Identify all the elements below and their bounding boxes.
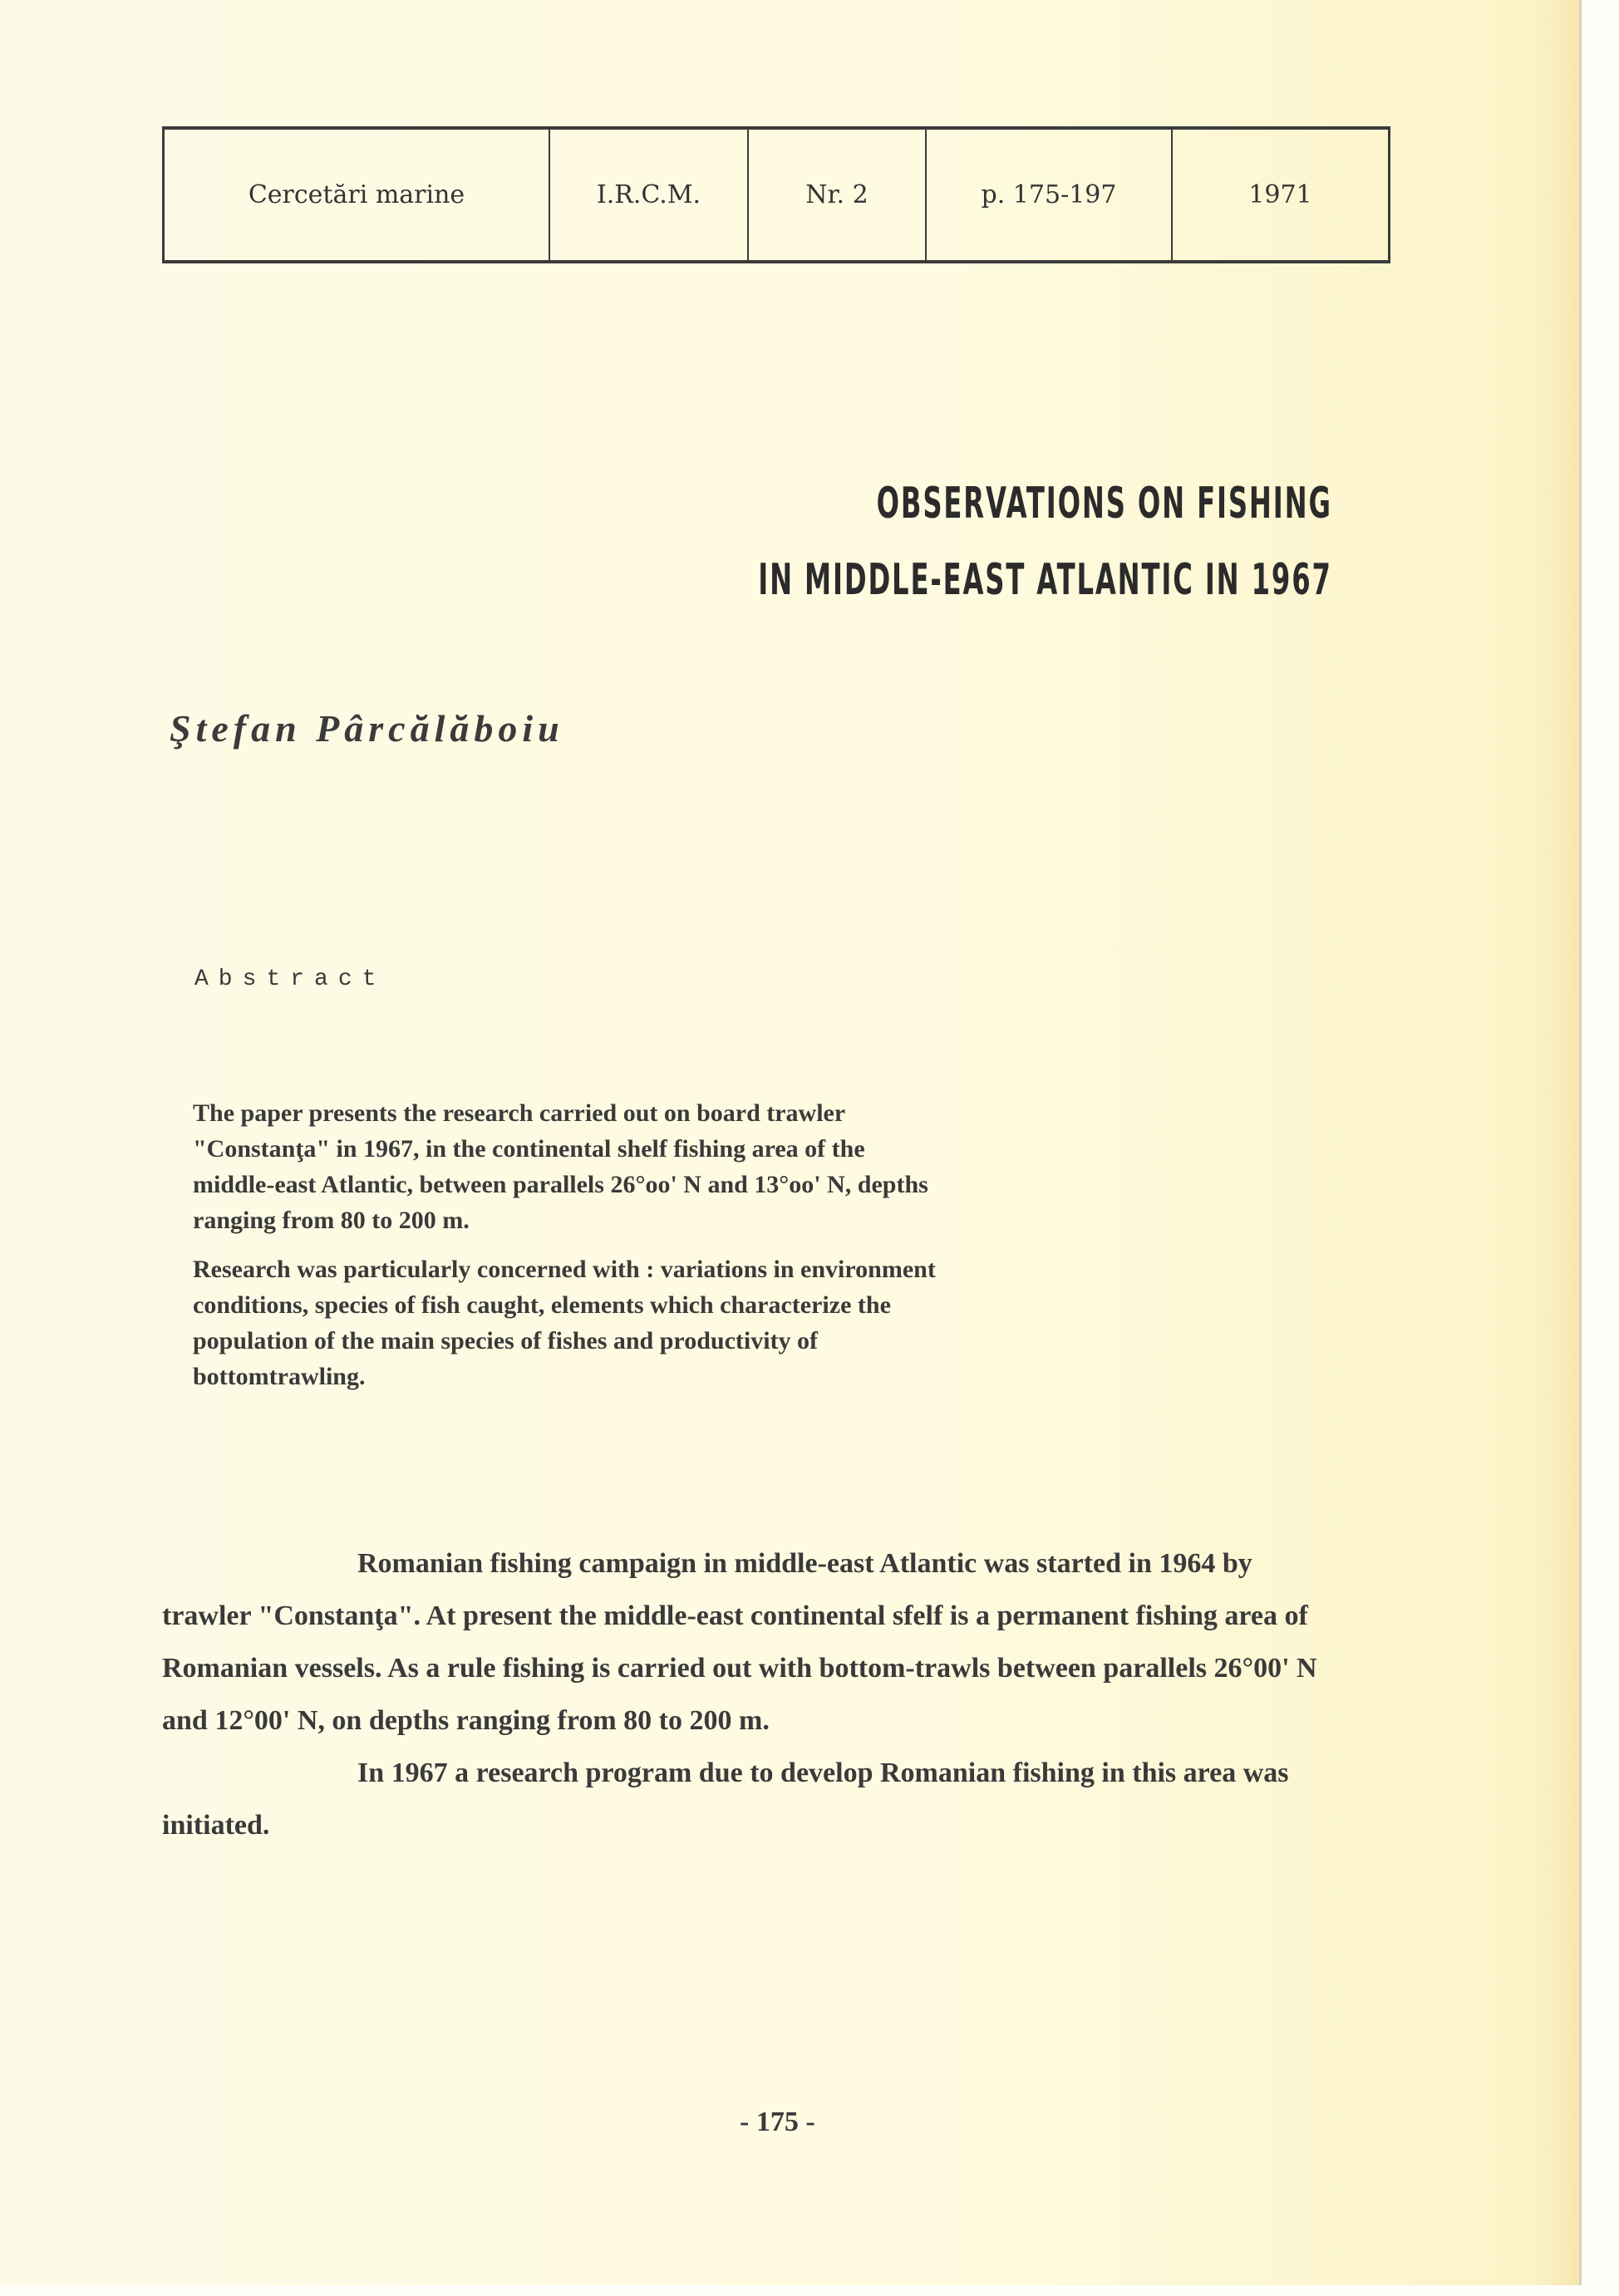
page-range: p. 175-197	[927, 130, 1173, 260]
page-number: - 175 -	[740, 2107, 815, 2138]
abstract-paragraph: The paper presents the research carried …	[193, 1095, 941, 1238]
author-name: Ştefan Pârcălăboiu	[170, 706, 564, 750]
title-line-1: OBSERVATIONS ON FISHING	[758, 465, 1332, 542]
body-text: Romanian fishing campaign in middle-east…	[162, 1537, 1342, 1851]
issue-number: Nr. 2	[749, 130, 927, 260]
abstract-text: The paper presents the research carried …	[193, 1095, 941, 1408]
body-paragraph: Romanian fishing campaign in middle-east…	[162, 1537, 1342, 1747]
journal-name: Cercetări marine	[165, 130, 550, 260]
abstract-heading: Abstract	[194, 966, 386, 992]
publication-year: 1971	[1173, 130, 1388, 260]
journal-header-table: Cercetări marine I.R.C.M. Nr. 2 p. 175-1…	[162, 126, 1390, 263]
abstract-paragraph: Research was particularly concerned with…	[193, 1251, 941, 1394]
title-line-2: IN MIDDLE-EAST ATLANTIC IN 1967	[758, 542, 1332, 618]
paper-title: OBSERVATIONS ON FISHING IN MIDDLE-EAST A…	[758, 465, 1332, 618]
document-page: Cercetări marine I.R.C.M. Nr. 2 p. 175-1…	[0, 0, 1582, 2285]
institute-code: I.R.C.M.	[550, 130, 749, 260]
body-paragraph: In 1967 a research program due to develo…	[162, 1747, 1342, 1851]
